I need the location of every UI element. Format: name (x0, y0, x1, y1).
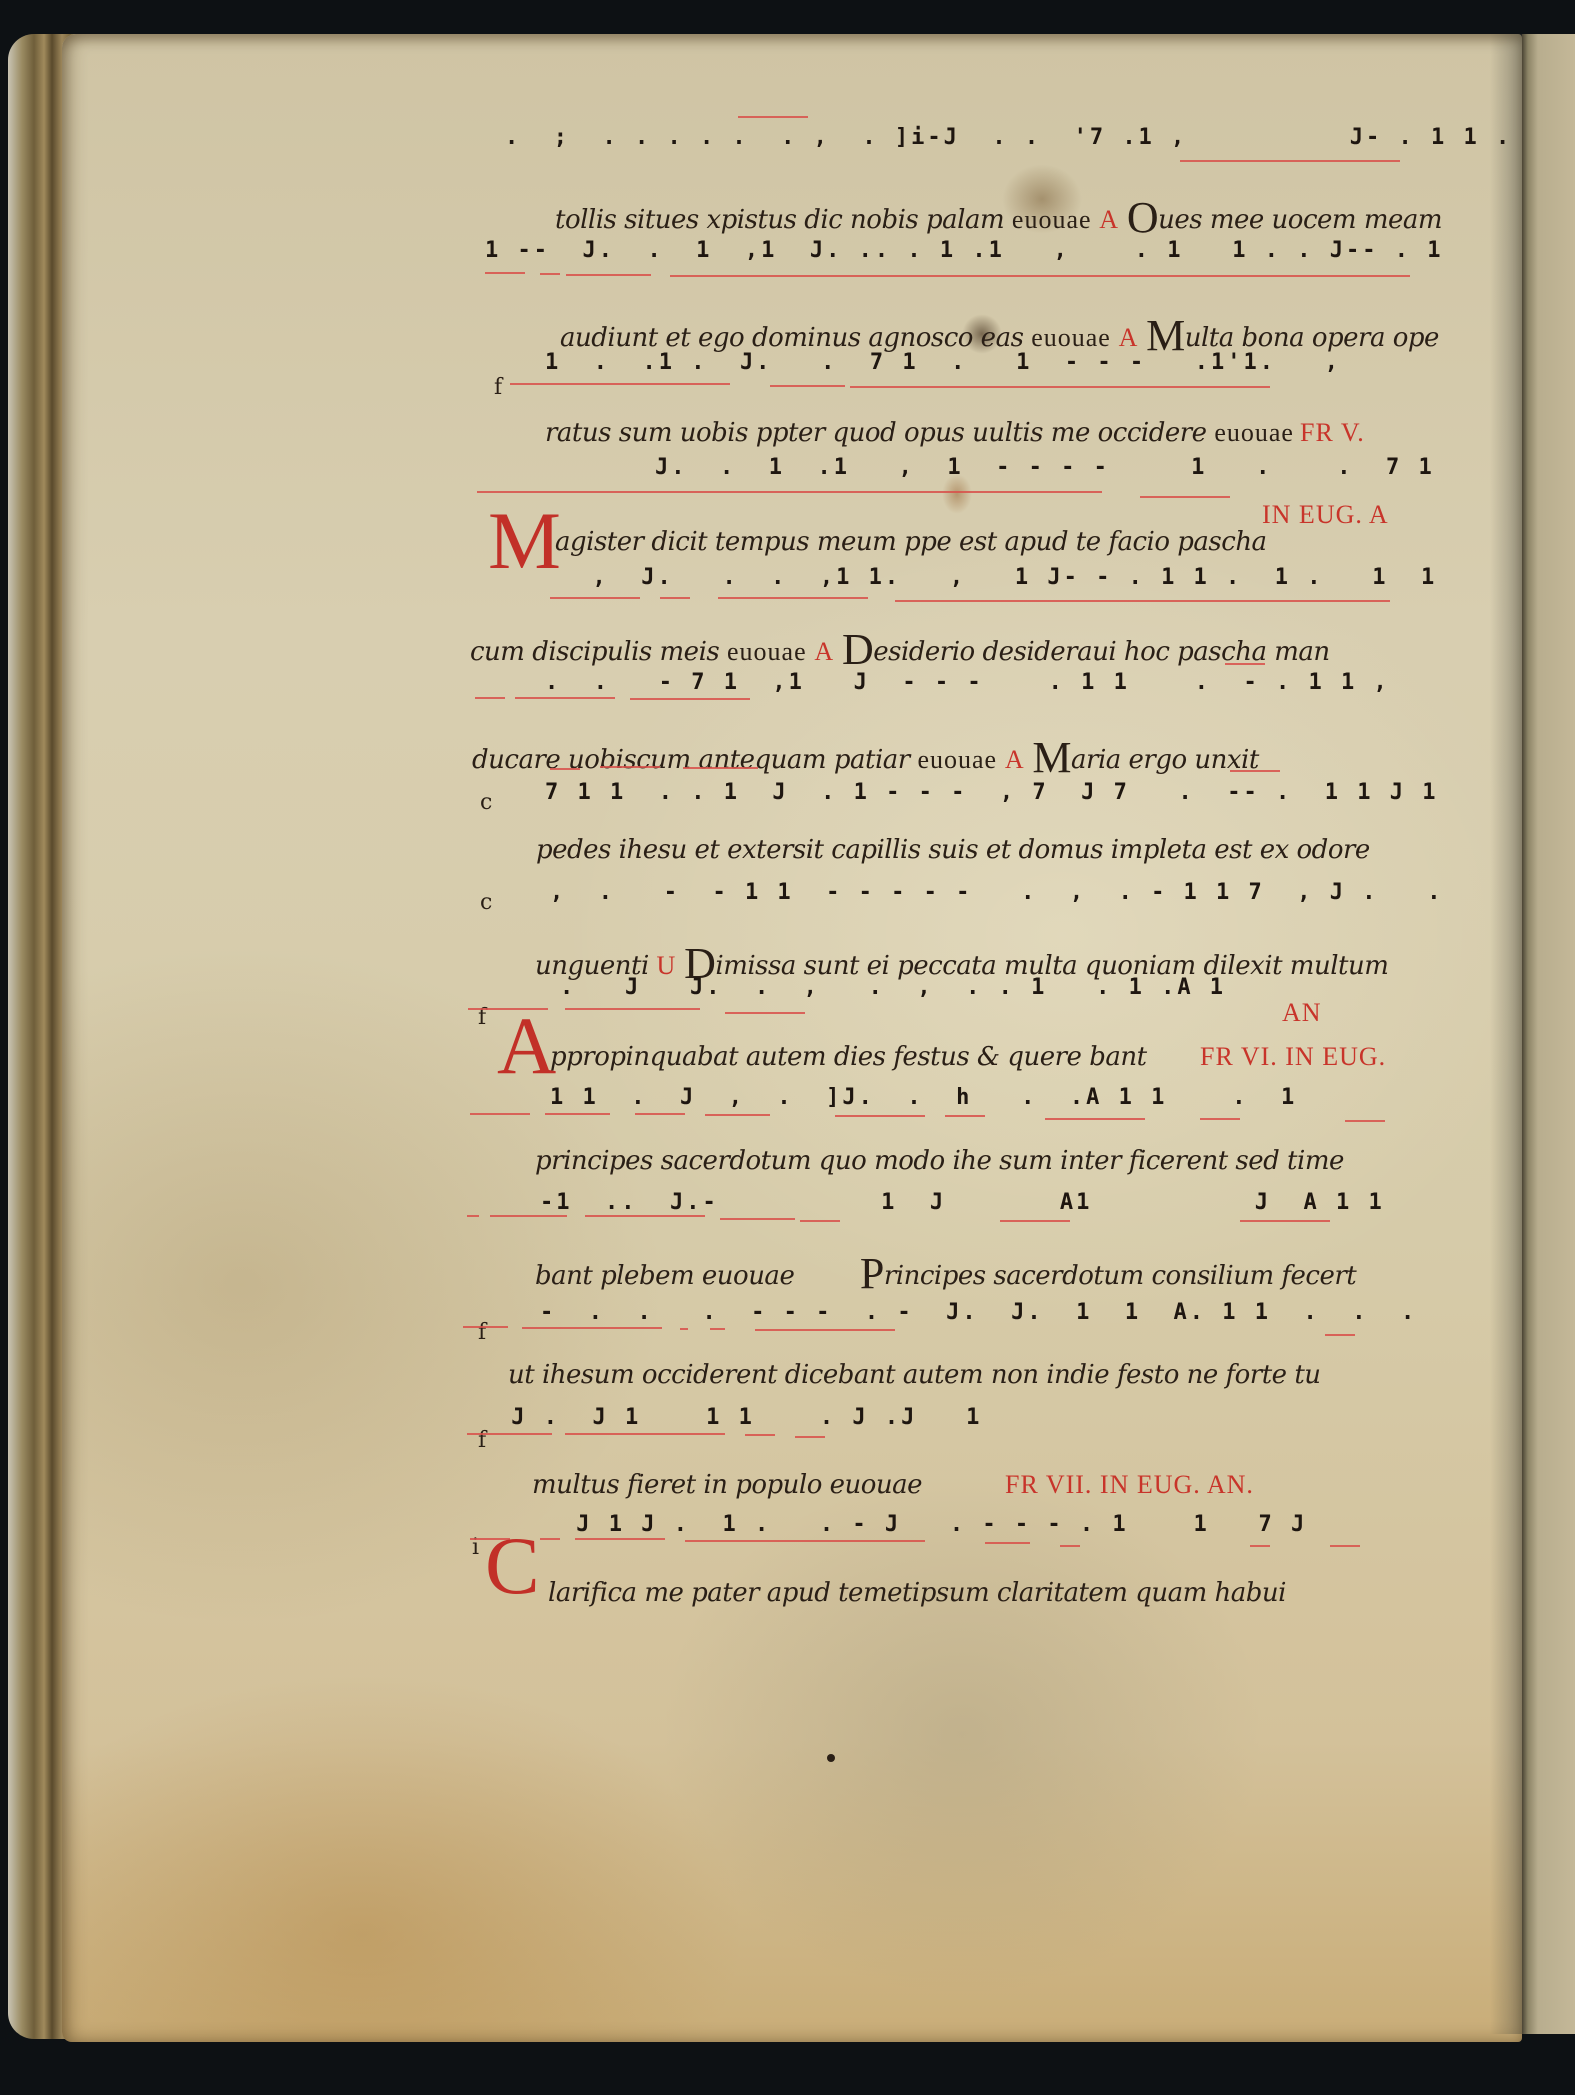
chant-text-line: cum discipulis meis euouae A Desiderio d… (470, 624, 1330, 675)
incipit-rubric: IN EUG. A (1262, 500, 1389, 530)
feria-rubric: FR VI. IN EUG. (1200, 1042, 1386, 1072)
staff-line (1225, 663, 1265, 665)
text-segment: ulta bona opera ope (1185, 323, 1439, 353)
neume-row: . J J. . , . , . . 1 . 1 .A 1 (560, 975, 1226, 1000)
neume-row: . ; . . . . . . , . ]i-J . . '7 .1 , J- … (505, 125, 1512, 150)
staff-line (1325, 1334, 1355, 1336)
chant-text-line: bant plebem euouae Principes sacerdotum … (535, 1248, 1356, 1299)
neume-row: , J. . . ,1 1. , 1 J- - . 1 1 . 1 . 1 1 (560, 565, 1437, 590)
neume-row: - . . . - - - . - J. J. 1 1 A. 1 1 . . . (540, 1300, 1417, 1325)
staff-line (800, 1220, 840, 1222)
neume-row: J. . 1 .1 , 1 - - - - 1 . . 7 1 (655, 455, 1435, 480)
staff-line (1345, 1120, 1385, 1122)
staff-line (467, 1433, 487, 1435)
staff-line (1250, 1545, 1270, 1547)
water-stain (942, 474, 972, 514)
neume-row: J . J 1 1 1 . J .J 1 (495, 1405, 982, 1430)
staff-line (745, 1434, 775, 1436)
text-segment: ratus sum uobis ppter quod opus uultis m… (545, 418, 1207, 448)
chant-text-line: ut ihesum occiderent dicebant autem non … (508, 1360, 1321, 1390)
staff-line (670, 275, 1410, 277)
staff-line (770, 385, 845, 387)
neume-row: 1 1 . J , . ]J. . h . .A 1 1 . 1 (550, 1085, 1297, 1110)
antiphon-mark: A (814, 637, 834, 666)
staff-line (575, 1538, 665, 1540)
staff-line (738, 116, 808, 118)
text-segment: larifica me pater apud temetipsum clarit… (548, 1578, 1286, 1608)
clef-mark: c (480, 890, 492, 915)
staff-line (1230, 770, 1280, 772)
staff-line (487, 1433, 552, 1435)
chant-text-line: multus fieret in populo euouae (532, 1470, 922, 1500)
text-segment: ues mee uocem meam (1158, 205, 1442, 235)
ink-dot (827, 1754, 835, 1762)
facing-page-edge (1522, 34, 1575, 2034)
clef-mark: f (494, 375, 502, 400)
neume-row: . . - 7 1 ,1 J - - - . 1 1 . - . 1 1 , (545, 670, 1390, 695)
staff-line (467, 1215, 479, 1217)
text-segment: principes sacerdotum quo modo ihe sum in… (535, 1146, 1344, 1176)
staff-line (565, 1433, 725, 1435)
text-segment: tollis situes xpistus dic nobis palam (555, 205, 1004, 235)
decorated-initial: M (488, 500, 561, 582)
decorated-initial: A (497, 1005, 556, 1087)
staff-line (835, 1115, 925, 1117)
text-segment: rincipes sacerdotum consilium fecert (884, 1261, 1356, 1291)
text-segment: bant plebem (535, 1261, 694, 1291)
staff-line (945, 1115, 985, 1117)
staff-line (1060, 1545, 1080, 1547)
text-segment: multus fieret in populo (532, 1470, 822, 1500)
staff-line (477, 491, 1102, 493)
feria-rubric: FR VII. IN EUG. AN. (1005, 1470, 1254, 1500)
euouae-text: euouae (830, 1470, 922, 1500)
staff-line (660, 597, 690, 599)
staff-line (985, 1542, 1030, 1544)
neume-row: 7 1 1 . . 1 J . 1 - - - , 7 J 7 . -- . 1… (545, 780, 1438, 805)
clef-mark: c (480, 790, 492, 815)
gutter-shadow (1490, 34, 1524, 2034)
staff-line (895, 600, 1390, 602)
staff-line (705, 1114, 770, 1116)
neume-row: J 1 J . 1 . . - J . - - - . 1 1 7 J (560, 1512, 1307, 1537)
staff-line (1240, 1220, 1330, 1222)
staff-line (685, 1540, 925, 1542)
clef-mark: f (478, 1320, 486, 1345)
euouae-rubric: euouae (727, 637, 807, 666)
chant-text-line: larifica me pater apud temetipsum clarit… (548, 1578, 1286, 1608)
staff-line (1180, 160, 1400, 162)
staff-line (710, 1328, 725, 1330)
text-segment: ppropinquabat autem dies festus & quere … (550, 1042, 1147, 1072)
staff-line (490, 1215, 567, 1217)
chant-text-line: agister dicit tempus meum ppe est apud t… (555, 527, 1267, 557)
staff-line (550, 768, 580, 770)
chant-text-line: pedes ihesu et extersit capillis suis et… (536, 835, 1370, 865)
text-segment: ut ihesum occiderent dicebant autem non … (508, 1360, 1321, 1390)
staff-line (470, 1113, 530, 1115)
text-segment: ducare uobiscum antequam patiar (472, 745, 910, 775)
staff-line (585, 1215, 705, 1217)
staff-line (718, 597, 868, 599)
staff-line (540, 1538, 560, 1540)
staff-line (755, 1329, 895, 1331)
euouae-rubric: euouae (1031, 323, 1111, 352)
chant-text-line: ppropinquabat autem dies festus & quere … (550, 1042, 1147, 1072)
euouae-rubric: euouae (1012, 205, 1092, 234)
clef-mark: f (478, 1428, 486, 1453)
neume-row: -1 .. J.- 1 J A1 J A 1 1 (540, 1190, 1385, 1215)
staff-line (522, 1327, 662, 1329)
staff-line (1140, 496, 1230, 498)
staff-line (550, 597, 640, 599)
chant-text-line: tollis situes xpistus dic nobis palam eu… (555, 192, 1442, 243)
initial-letter: O (1127, 193, 1158, 242)
staff-line (1330, 1545, 1360, 1547)
antiphon-mark: A (1005, 745, 1025, 774)
initial-letter: M (1032, 733, 1071, 782)
staff-line (1200, 1118, 1240, 1120)
staff-line (720, 1218, 795, 1220)
decorated-initial: C (485, 1525, 540, 1607)
staff-line (683, 767, 758, 769)
staff-line (725, 1012, 805, 1014)
staff-line (1045, 1118, 1145, 1120)
neume-row: 1 . .1 . J. . 7 1 . 1 - - - .1'1. , (545, 350, 1341, 375)
antiphon-mark: A (1119, 323, 1139, 352)
antiphon-mark: A (1099, 205, 1119, 234)
staff-line (600, 766, 660, 768)
text-segment: audiunt et ego dominus agnosco eas (560, 323, 1023, 353)
staff-line (795, 1436, 825, 1438)
text-segment: cum discipulis meis (470, 637, 719, 667)
staff-line (680, 1328, 688, 1330)
chant-text-line: principes sacerdotum quo modo ihe sum in… (535, 1146, 1344, 1176)
neume-row: , . - - 1 1 - - - - - . , . - 1 1 7 , J … (550, 880, 1443, 905)
staff-line (630, 698, 750, 700)
euouae-rubric: euouae (917, 745, 997, 774)
text-segment: ex odore (1260, 835, 1370, 865)
staff-line (545, 1113, 610, 1115)
staff-line (850, 386, 1270, 388)
staff-line (635, 1113, 685, 1115)
text-segment: agister dicit tempus meum ppe est apud t… (555, 527, 1267, 557)
chant-text-line: ratus sum uobis ppter quod opus uultis m… (545, 418, 1294, 448)
staff-line (475, 697, 505, 699)
antiphon-rubric: AN (1282, 998, 1322, 1028)
staff-line (566, 274, 651, 276)
feria-rubric: FR V. (1300, 418, 1365, 448)
staff-line (515, 697, 615, 699)
euouae-rubric: euouae (1214, 418, 1294, 447)
text-segment: pedes ihesu et extersit capillis suis et… (536, 835, 1252, 865)
staff-line (485, 272, 525, 274)
staff-line (540, 273, 560, 275)
chant-text-line: ducare uobiscum antequam patiar euouae A… (472, 732, 1259, 783)
staff-line (510, 383, 730, 385)
neume-row: 1 -- J. . 1 ,1 J. .. . 1 .1 , . 1 1 . . … (485, 238, 1443, 263)
initial-letter: P (860, 1249, 884, 1298)
staff-line (1000, 1220, 1070, 1222)
euouae-text: euouae (702, 1261, 794, 1291)
staff-line (565, 1008, 700, 1010)
staff-line (463, 1326, 508, 1328)
initial-letter: D (842, 625, 873, 674)
